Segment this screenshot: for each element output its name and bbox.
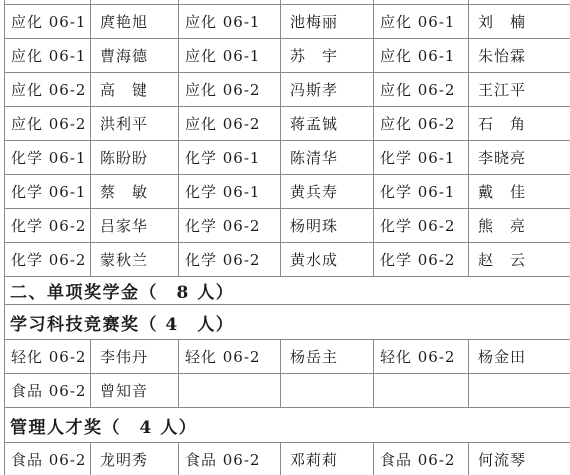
class-cell: 应化 06-1 (5, 5, 91, 38)
class-cell: 化学 06-1 (5, 175, 91, 208)
student-name-cell: 蔡 敏 (91, 175, 179, 208)
student-name-cell: 王江平 (469, 73, 570, 106)
class-cell: 轻化 06-2 (5, 340, 91, 373)
section-header-row: 管理人才奖（ 4 人） (5, 408, 570, 443)
student-name-cell: 吕家华 (91, 209, 179, 242)
student-name-cell: 曹海德 (91, 39, 179, 72)
table-row: 应化 06-2洪利平应化 06-2蒋孟铖应化 06-2石 角 (5, 107, 570, 141)
empty-cell (91, 0, 179, 4)
class-cell: 应化 06-1 (374, 5, 469, 38)
student-name-cell: 池梅丽 (281, 5, 374, 38)
student-name-cell: 陈盼盼 (91, 141, 179, 174)
empty-cell (179, 0, 281, 4)
table-row: 应化 06-1曹海德应化 06-1苏 宇应化 06-1朱怡霖 (5, 39, 570, 73)
student-name-cell: 曾知音 (91, 374, 179, 407)
class-cell: 应化 06-1 (374, 39, 469, 72)
class-cell: 食品 06-2 (5, 443, 91, 475)
student-name-cell: 赵 云 (469, 243, 570, 276)
section-title: 学习科技竞赛奖（ 4 人） (5, 305, 570, 339)
empty-cell (469, 0, 570, 4)
table-row: 化学 06-1陈盼盼化学 06-1陈清华化学 06-1李晓亮 (5, 141, 570, 175)
class-cell: 化学 06-1 (179, 175, 281, 208)
class-cell: 化学 06-1 (5, 141, 91, 174)
student-name-cell: 蒋孟铖 (281, 107, 374, 140)
class-cell: 化学 06-1 (179, 141, 281, 174)
class-cell: 应化 06-2 (179, 107, 281, 140)
student-name-cell: 邓莉莉 (281, 443, 374, 475)
class-cell: 化学 06-2 (179, 209, 281, 242)
student-name-cell: 刘 楠 (469, 5, 570, 38)
document-page: 应化 06-1庹艳旭应化 06-1池梅丽应化 06-1刘 楠应化 06-1曹海德… (0, 0, 570, 475)
awards-table: 应化 06-1庹艳旭应化 06-1池梅丽应化 06-1刘 楠应化 06-1曹海德… (4, 0, 570, 475)
table-row: 化学 06-2吕家华化学 06-2杨明珠化学 06-2熊 亮 (5, 209, 570, 243)
table-row: 应化 06-1庹艳旭应化 06-1池梅丽应化 06-1刘 楠 (5, 5, 570, 39)
student-name-cell: 洪利平 (91, 107, 179, 140)
student-name-cell: 朱怡霖 (469, 39, 570, 72)
student-name-cell: 苏 宇 (281, 39, 374, 72)
student-name-cell: 杨明珠 (281, 209, 374, 242)
class-cell: 应化 06-1 (179, 5, 281, 38)
table-row: 应化 06-2高 键应化 06-2冯斯孝应化 06-2王江平 (5, 73, 570, 107)
student-name-cell: 戴 佳 (469, 175, 570, 208)
class-cell: 食品 06-2 (5, 374, 91, 407)
class-cell: 化学 06-1 (374, 175, 469, 208)
empty-cell (374, 0, 469, 4)
student-name-cell: 杨金田 (469, 340, 570, 373)
student-name-cell: 李伟丹 (91, 340, 179, 373)
empty-cell (5, 0, 91, 4)
student-name-cell: 石 角 (469, 107, 570, 140)
section-title: 二、单项奖学金（ 8 人） (5, 277, 570, 304)
table-row: 食品 06-2曾知音 (5, 374, 570, 408)
student-name-cell: 冯斯孝 (281, 73, 374, 106)
section-header-row: 学习科技竞赛奖（ 4 人） (5, 305, 570, 340)
table-row: 化学 06-1蔡 敏化学 06-1黄兵寿化学 06-1戴 佳 (5, 175, 570, 209)
class-cell: 应化 06-2 (5, 73, 91, 106)
student-name-cell: 陈清华 (281, 141, 374, 174)
class-cell: 轻化 06-2 (179, 340, 281, 373)
class-cell: 应化 06-2 (179, 73, 281, 106)
student-name-cell: 黄兵寿 (281, 175, 374, 208)
class-cell (374, 374, 469, 407)
section-title: 管理人才奖（ 4 人） (5, 408, 570, 442)
class-cell: 食品 06-2 (374, 443, 469, 475)
student-name-cell (469, 374, 570, 407)
section-header-row: 二、单项奖学金（ 8 人） (5, 277, 570, 305)
student-name-cell: 龙明秀 (91, 443, 179, 475)
class-cell: 化学 06-2 (374, 209, 469, 242)
class-cell: 化学 06-2 (5, 209, 91, 242)
class-cell (179, 374, 281, 407)
empty-cell (281, 0, 374, 4)
student-name-cell: 何流琴 (469, 443, 570, 475)
class-cell: 轻化 06-2 (374, 340, 469, 373)
student-name-cell: 杨岳主 (281, 340, 374, 373)
student-name-cell (281, 374, 374, 407)
student-name-cell: 高 键 (91, 73, 179, 106)
student-name-cell: 庹艳旭 (91, 5, 179, 38)
table-row: 化学 06-2蒙秋兰化学 06-2黄水成化学 06-2赵 云 (5, 243, 570, 277)
class-cell: 食品 06-2 (179, 443, 281, 475)
table-row: 食品 06-2龙明秀食品 06-2邓莉莉食品 06-2何流琴 (5, 443, 570, 475)
class-cell: 化学 06-2 (374, 243, 469, 276)
student-name-cell: 蒙秋兰 (91, 243, 179, 276)
class-cell: 应化 06-2 (374, 73, 469, 106)
class-cell: 化学 06-2 (5, 243, 91, 276)
table-row: 轻化 06-2李伟丹轻化 06-2杨岳主轻化 06-2杨金田 (5, 340, 570, 374)
class-cell: 应化 06-2 (374, 107, 469, 140)
class-cell: 应化 06-1 (5, 39, 91, 72)
class-cell: 应化 06-2 (5, 107, 91, 140)
class-cell: 应化 06-1 (179, 39, 281, 72)
class-cell: 化学 06-2 (179, 243, 281, 276)
student-name-cell: 熊 亮 (469, 209, 570, 242)
student-name-cell: 李晓亮 (469, 141, 570, 174)
student-name-cell: 黄水成 (281, 243, 374, 276)
class-cell: 化学 06-1 (374, 141, 469, 174)
